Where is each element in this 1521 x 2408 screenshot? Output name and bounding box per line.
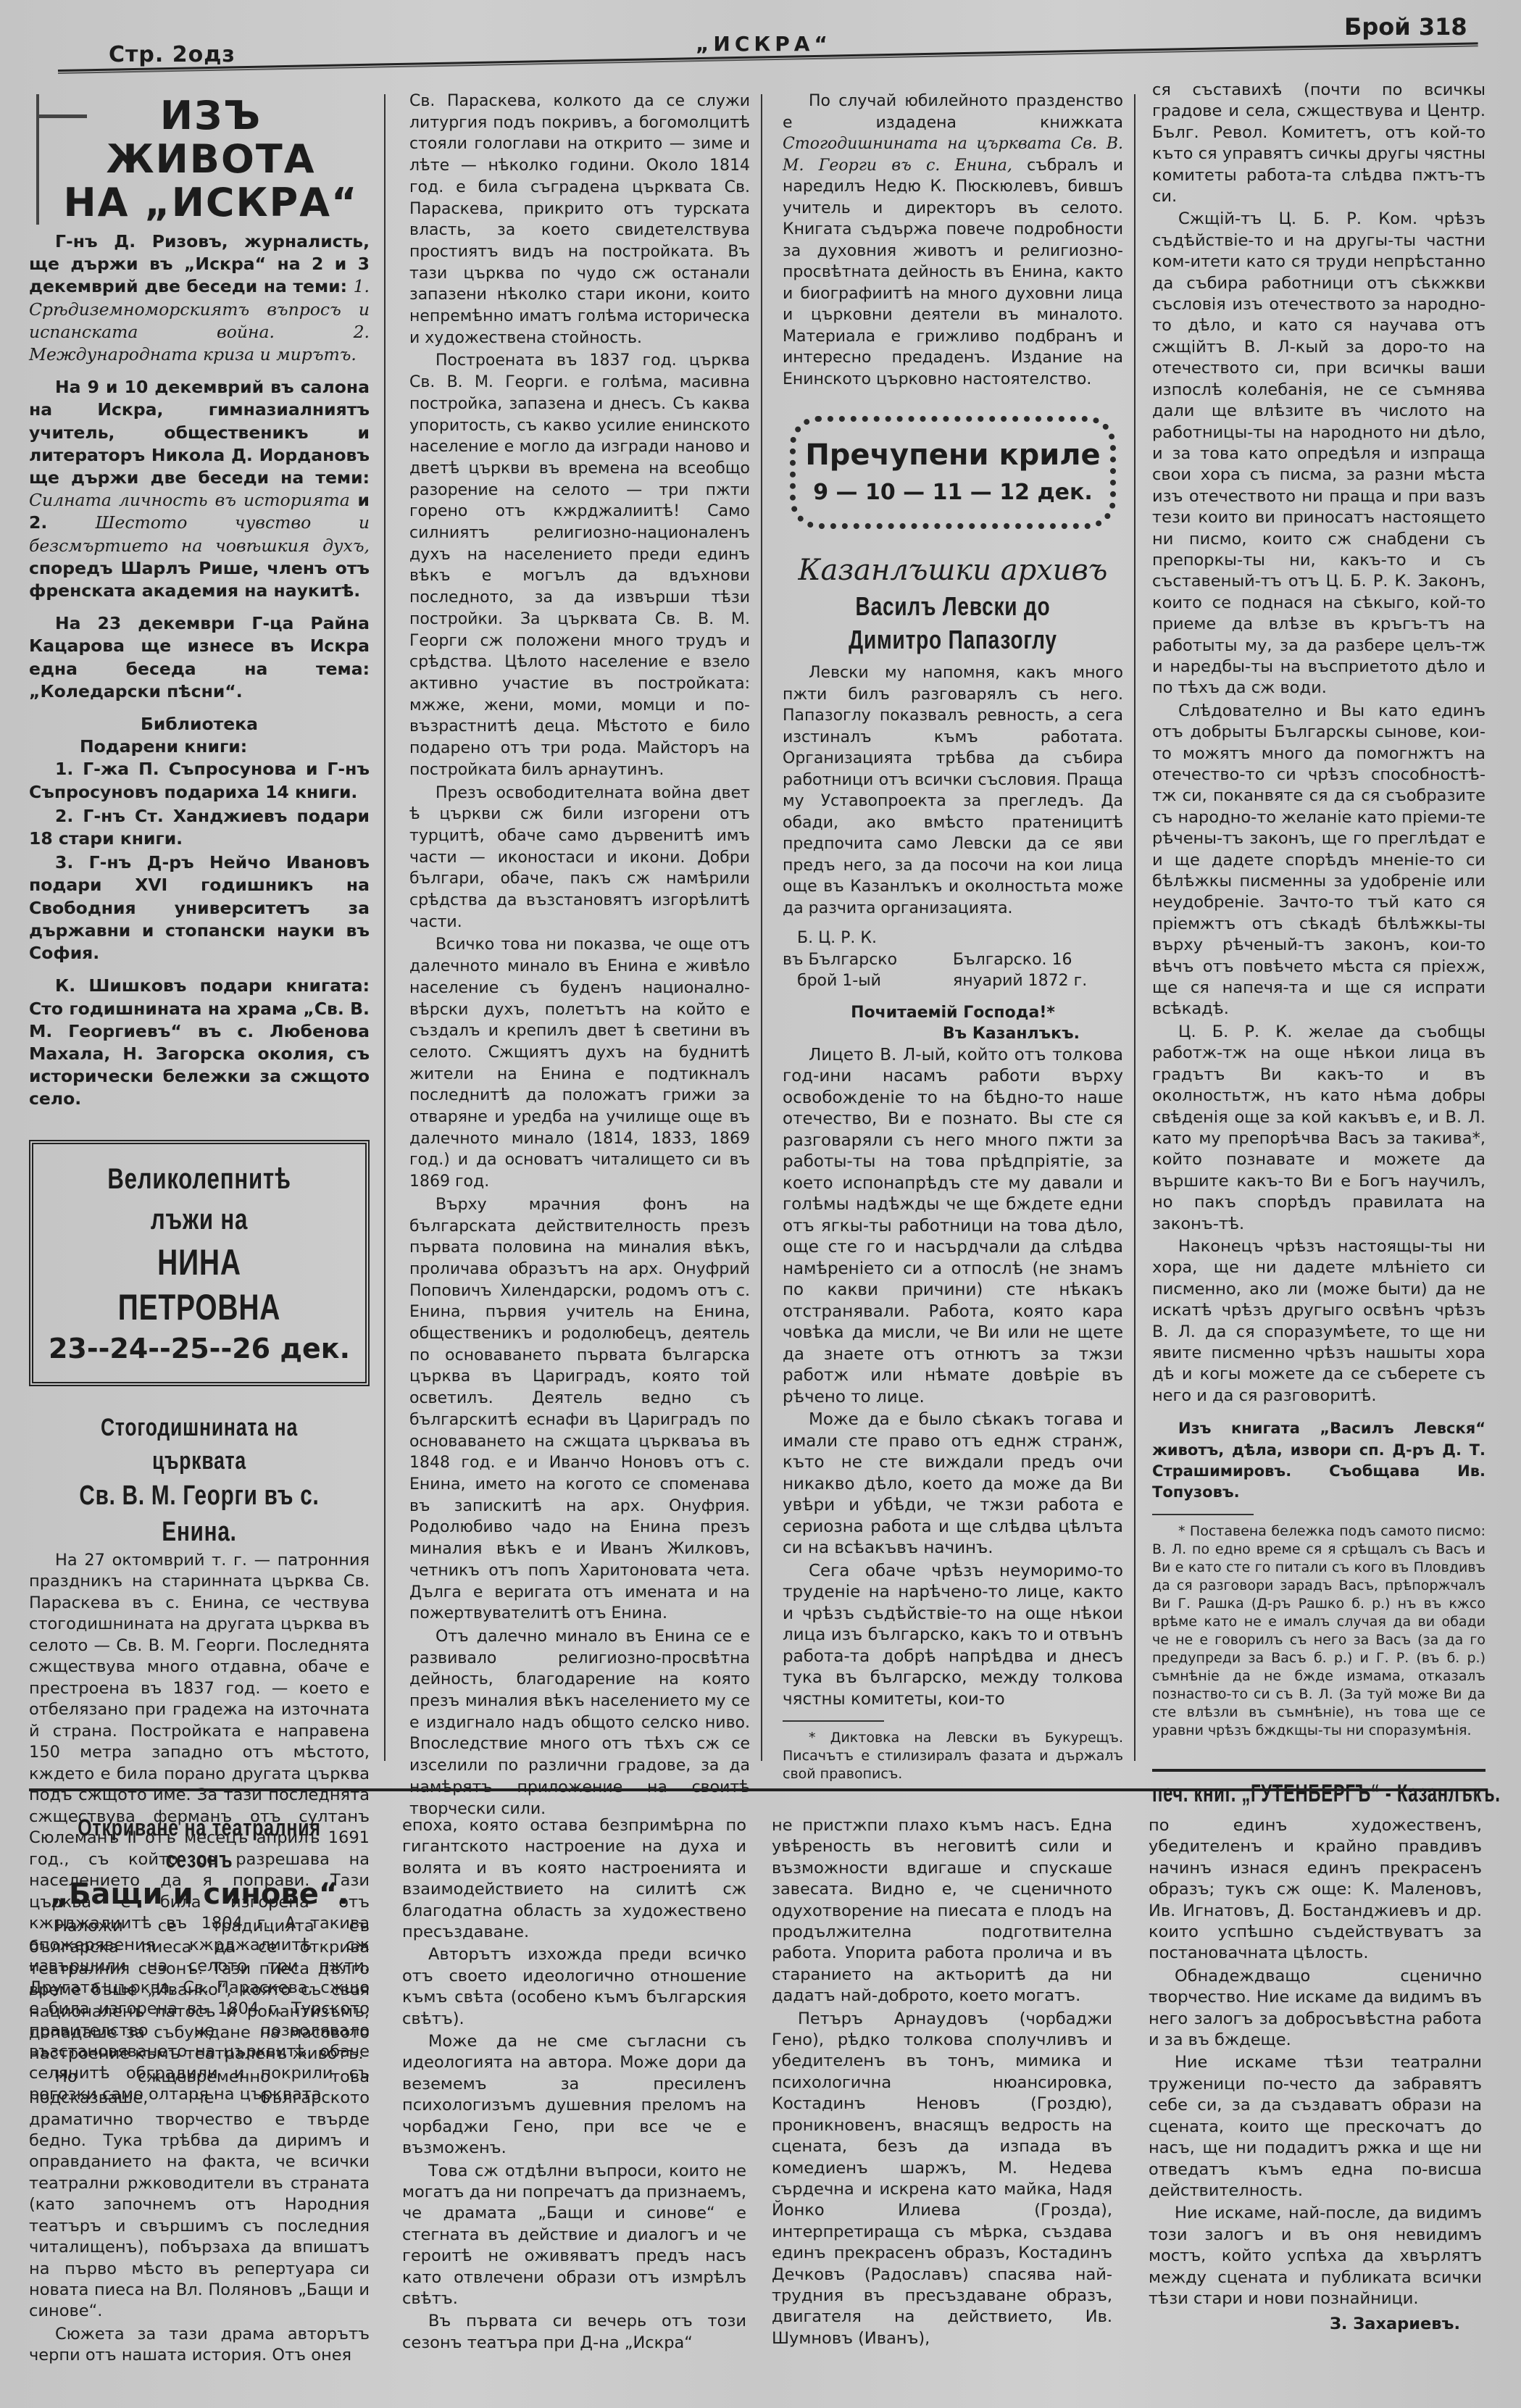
donation-shishkov: К. Шишковъ подари книгата: Сто годишнина… [29,975,370,1110]
library-item: 3. Г-нъ Д-ръ Нейчо Ивановъ подари XVI го… [29,851,370,965]
article-paragraph: Всичко това ни показва, че още отъ далеч… [409,934,750,1192]
column-2: Св. Параскева, колкото да се служи литур… [409,91,750,1821]
theatre-title-line2: „Бащи и синове“. [29,1875,370,1913]
section-divider [29,1788,1485,1791]
article-title-line1: Стогодишнината на църквата [67,1411,333,1478]
author-signature: З. Захариевъ. [1149,2314,1482,2335]
section-title-line1: ИЗЪ ЖИВОТА [52,94,370,181]
footnote-rule [783,1720,884,1722]
theatre-col-2: епоха, която остава безпримѣрна по гиган… [402,1815,746,2355]
issue-number: Брой 318 [1344,13,1467,41]
letter-salutation: Почитаемій Господа!* [783,1002,1123,1024]
announcement-rizov: Г-нъ Д. Ризовъ, журналисть, ще държи въ … [29,230,370,366]
newspaper-title: „ИСКРА“ [696,32,832,56]
article-paragraph: Презъ освободителната война двет ѣ църкв… [409,783,750,933]
column-1: ИЗЪ ЖИВОТА НА „ИСКРА“ Г-нъ Д. Ризовъ, жу… [29,94,370,2107]
library-item: 2. Г-нъ Ст. Ханджиевъ подари 18 стари кн… [29,805,370,850]
section-header-iz-zhivota: ИЗЪ ЖИВОТА НА „ИСКРА“ [36,94,370,225]
library-item: 1. Г-жа П. Съпросунова и Г-нъ Съпросунов… [29,758,370,803]
library-subheading: Подарени книги: [29,736,370,758]
footnote: * Диктовка на Левски въ Букурещъ. Писачъ… [783,1729,1123,1783]
theatre-col-3: не пристжпи плахо къмъ насъ. Една увѣрен… [772,1815,1112,2351]
sender-number: брой 1-ый [783,970,936,992]
article-paragraph: Въ първата си вечерь отъ този сезонъ теа… [402,2311,746,2354]
announcement-iordanov: На 9 и 10 декемврий въ салона на Искра, … [29,376,370,602]
theatre-col-4: по единъ художественъ, убедителенъ и кра… [1149,1815,1482,2336]
article-paragraph: Сюжета за тази драма авторътъ черпи отъ … [29,2324,370,2367]
article-paragraph: не пристжпи плахо къмъ насъ. Една увѣрен… [772,1815,1112,2007]
article-paragraph: Построената въ 1837 год. църква Св. В. М… [409,350,750,780]
letter-paragraph: Слѣдователно и Вы като единъ отъ добрыты… [1152,701,1485,1020]
booklet-notice: По случай юбилейното празденство е издад… [783,91,1123,390]
article-paragraph: Обнадеждващо сценично творчество. Ние ис… [1149,1966,1482,2051]
article-paragraph: Ние искаме, най-после, да видимъ този за… [1149,2203,1482,2309]
letter-paragraph: Наконецъ чрѣзъ настоящы-ты ни хора, ще н… [1152,1236,1485,1407]
page-number: Стр. 2одз [109,42,236,67]
article-paragraph: Върху мрачния фонъ на българската действ… [409,1194,750,1625]
letter-paragraph: Лицето В. Л-ый, който отъ толкова год-ин… [783,1045,1123,1409]
letter-title: Василъ Левски до Димитро Папазоглу [820,590,1086,657]
letter-paragraph: ся съставихѣ (почти по всичкы градове и … [1152,80,1485,207]
ad-line1: Великолепнитѣ лъжи на [75,1159,323,1240]
printer-imprint: печ. книг. „ГУТЕНБЕРГЪ“ - Казанлъкъ. [1152,1772,1385,1815]
article-paragraph: епоха, която остава безпримѣрна по гиган… [402,1815,746,1943]
announcement-katsarova: На 23 декември Г-ца Райна Кацарова ще из… [29,612,370,703]
letter-paragraph: Сега обаче чрѣзъ неуморимо-то труденіе н… [783,1561,1123,1711]
letter-paragraph: Ц. Б. Р. К. желае да съобщы работж-тж на… [1152,1022,1485,1235]
theatre-title-line1: Откриване на театралния сезонъ [67,1812,333,1875]
header-corner-rule [36,114,87,118]
section-title-line2: НА „ИСКРА“ [52,181,370,225]
footnote: * Поставена бележка подъ самото писмо: В… [1152,1522,1485,1740]
ad-prechupeni-krile: Пречупени криле 9 — 10 — 11 — 12 дек. [790,416,1116,529]
library-heading: Библиотека [29,713,370,736]
ad-line2: НИНА ПЕТРОВНА [75,1240,323,1330]
source-note: Изъ книгата „Василъ Левскя“ животъ, дѣла… [1152,1418,1485,1504]
ad-title: Пречупени криле [803,435,1103,475]
column-3: По случай юбилейното празденство е издад… [783,91,1123,1785]
article-paragraph: Но сжщевременно това подсказваше, че бъл… [29,2067,370,2322]
article-paragraph: Наложи се традицията съ българска пиеса … [29,1916,370,2065]
letter-summary: Левски му напомня, какъ много пжти билъ … [783,662,1123,919]
ad-nina-petrovna: Великолепнитѣ лъжи на НИНА ПЕТРОВНА 23--… [29,1140,370,1386]
article-paragraph: Ние искаме тѣзи театрални труженици по-ч… [1149,2052,1482,2201]
letter-sender: Б. Ц. Р. К. [783,928,1123,949]
masthead: Стр. 2одз „ИСКРА“ Брой 318 [0,0,1521,80]
article-paragraph: Авторътъ изхожда преди всичко отъ своето… [402,1944,746,2030]
letter-addressee: Въ Казанлъкъ. [783,1023,1123,1045]
article-paragraph: Може да не сме съгласни съ идеологията н… [402,2031,746,2159]
ad-dates: 23--24--25--26 дек. [41,1330,358,1367]
letter-date: Българско. 16 януарий 1872 г. [953,949,1123,992]
letter-paragraph: Може да е было сѣкакъ тогава и имали сте… [783,1409,1123,1559]
column-4: ся съставихѣ (почти по всичкы градове и … [1152,80,1485,1815]
column-divider [384,94,386,1761]
article-paragraph: по единъ художественъ, убедителенъ и кра… [1149,1815,1482,1965]
article-paragraph: Св. Параскева, колкото да се служи литур… [409,91,750,349]
sender-place: въ Българско [783,949,936,971]
column-divider [1134,94,1135,1761]
letter-meta: въ Българско брой 1-ый Българско. 16 яну… [783,949,1123,992]
letter-paragraph: Сжщій-тъ Ц. Б. Р. Ком. чрѣзъ съдѣйствіе-… [1152,209,1485,699]
theatre-col-1: Откриване на театралния сезонъ „Бащи и с… [29,1812,370,2368]
ad-dates: 9 — 10 — 11 — 12 дек. [803,475,1103,510]
article-title-block: Стогодишнината на църквата Св. В. М. Гео… [29,1411,370,1550]
article-paragraph: Това сж отдѣлни въпроси, които не могатъ… [402,2161,746,2310]
archive-heading: Казанлъшки архивъ [783,551,1123,590]
article-paragraph: Петъръ Арнаудовъ (чорбаджи Гено), рѣдко … [772,2009,1112,2350]
column-divider [761,94,762,1761]
footnote-rule [1152,1514,1254,1515]
article-title-line2: Св. В. М. Георги въ с. Енина. [67,1478,333,1550]
